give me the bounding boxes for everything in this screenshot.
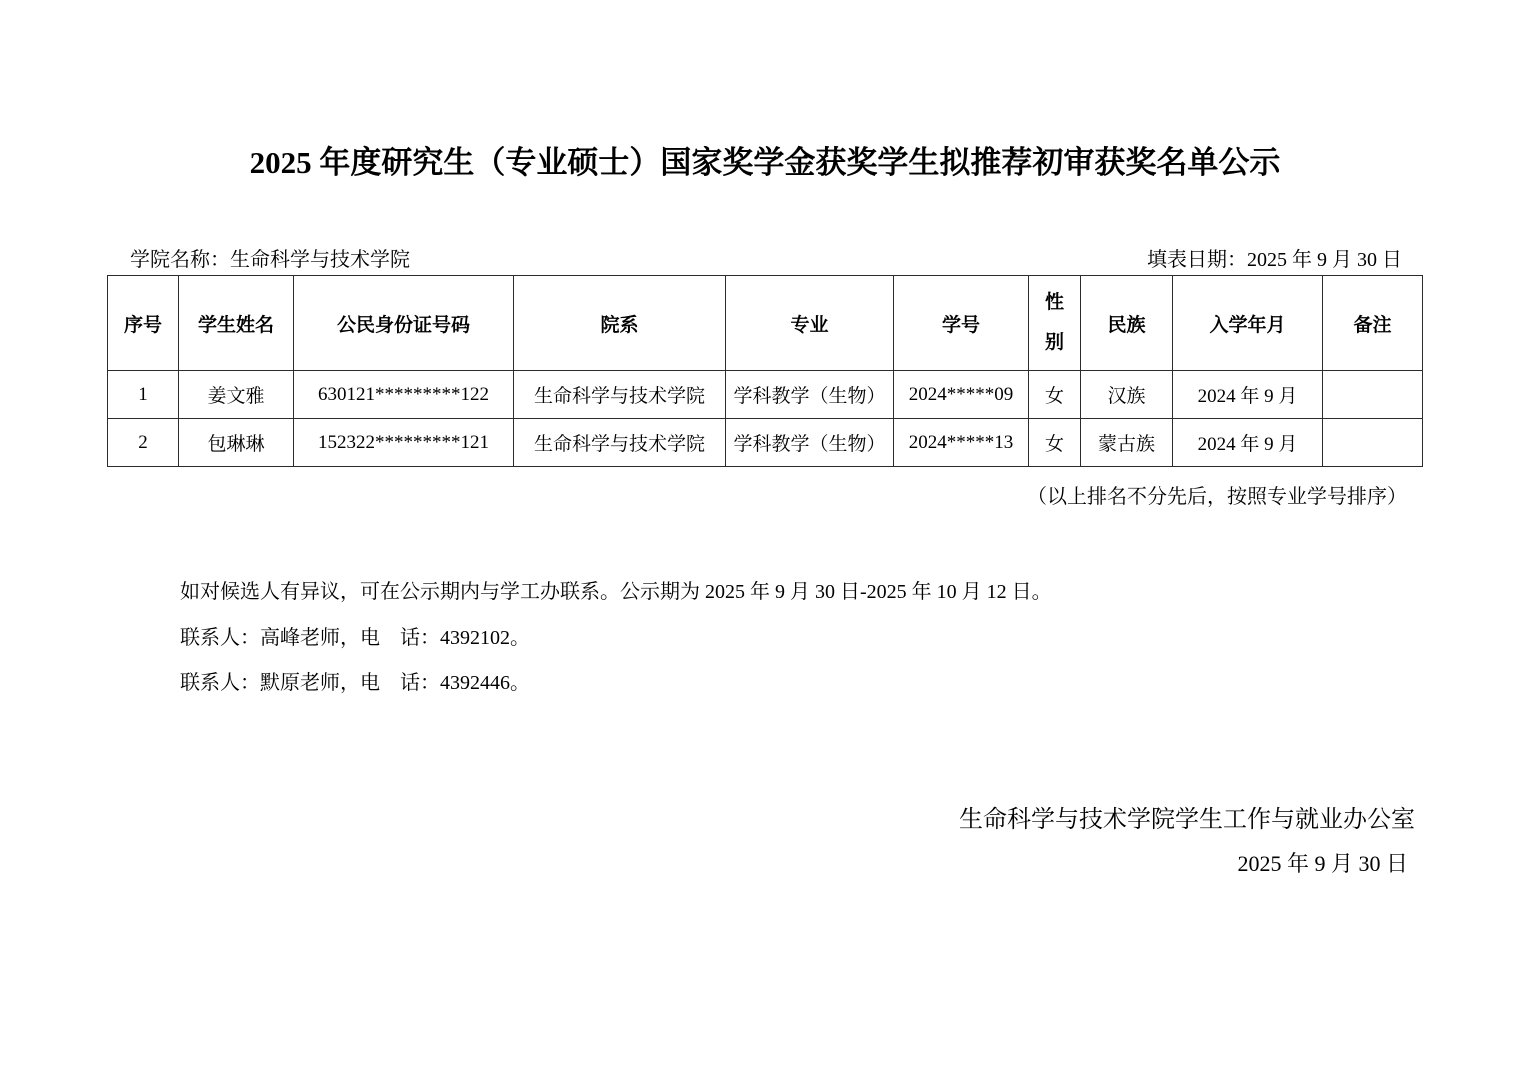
ranking-note: （以上排名不分先后，按照专业学号排序）: [1027, 480, 1407, 509]
cell-id-number: 630121*********122: [294, 371, 514, 419]
cell-enrollment-date: 2024 年 9 月: [1173, 419, 1323, 467]
column-header-id-number: 公民身份证号码: [294, 276, 514, 371]
column-header-ethnicity: 民族: [1081, 276, 1173, 371]
page-title: 2025 年度研究生（专业硕士）国家奖学金获奖学生拟推荐初审获奖名单公示: [0, 137, 1530, 182]
cell-department: 生命科学与技术学院: [514, 371, 726, 419]
column-header-gender: 性别: [1029, 276, 1081, 371]
table-row: 2 包琳琳 152322*********121 生命科学与技术学院 学科教学（…: [108, 419, 1423, 467]
cell-department: 生命科学与技术学院: [514, 419, 726, 467]
cell-student-no: 2024*****09: [894, 371, 1029, 419]
fill-date-label: 填表日期：2025 年 9 月 30 日: [1147, 243, 1402, 272]
column-header-student-no: 学号: [894, 276, 1029, 371]
college-name-label: 学院名称：生命科学与技术学院: [130, 243, 410, 272]
cell-id-number: 152322*********121: [294, 419, 514, 467]
cell-ethnicity: 蒙古族: [1081, 419, 1173, 467]
meta-row: 学院名称：生命科学与技术学院 填表日期：2025 年 9 月 30 日: [130, 243, 1402, 272]
objection-paragraph: 如对候选人有异议，可在公示期内与学工办联系。公示期为 2025 年 9 月 30…: [180, 575, 1052, 604]
cell-student-name: 姜文雅: [179, 371, 294, 419]
cell-student-no: 2024*****13: [894, 419, 1029, 467]
cell-index: 2: [108, 419, 179, 467]
column-header-gender-text: 性别: [1044, 283, 1066, 363]
cell-remarks: [1323, 419, 1423, 467]
column-header-major: 专业: [726, 276, 894, 371]
column-header-department: 院系: [514, 276, 726, 371]
cell-major: 学科教学（生物）: [726, 419, 894, 467]
cell-gender: 女: [1029, 371, 1081, 419]
footer-office-name: 生命科学与技术学院学生工作与就业办公室: [959, 799, 1415, 834]
cell-remarks: [1323, 371, 1423, 419]
footer-date: 2025 年 9 月 30 日: [1237, 847, 1408, 878]
contact-line-2: 联系人：默原老师，电 话：4392446。: [180, 666, 530, 695]
column-header-student-name: 学生姓名: [179, 276, 294, 371]
cell-enrollment-date: 2024 年 9 月: [1173, 371, 1323, 419]
table-header-row: 序号 学生姓名 公民身份证号码 院系 专业 学号 性别 民族 入学年月 备注: [108, 276, 1423, 371]
column-header-index: 序号: [108, 276, 179, 371]
cell-major: 学科教学（生物）: [726, 371, 894, 419]
award-list-table: 序号 学生姓名 公民身份证号码 院系 专业 学号 性别 民族 入学年月 备注 1…: [107, 275, 1423, 467]
column-header-enrollment-date: 入学年月: [1173, 276, 1323, 371]
cell-gender: 女: [1029, 419, 1081, 467]
table-row: 1 姜文雅 630121*********122 生命科学与技术学院 学科教学（…: [108, 371, 1423, 419]
document-page: 2025 年度研究生（专业硕士）国家奖学金获奖学生拟推荐初审获奖名单公示 学院名…: [0, 0, 1530, 1081]
contact-line-1: 联系人：高峰老师，电 话：4392102。: [180, 621, 530, 650]
cell-index: 1: [108, 371, 179, 419]
column-header-remarks: 备注: [1323, 276, 1423, 371]
cell-ethnicity: 汉族: [1081, 371, 1173, 419]
cell-student-name: 包琳琳: [179, 419, 294, 467]
